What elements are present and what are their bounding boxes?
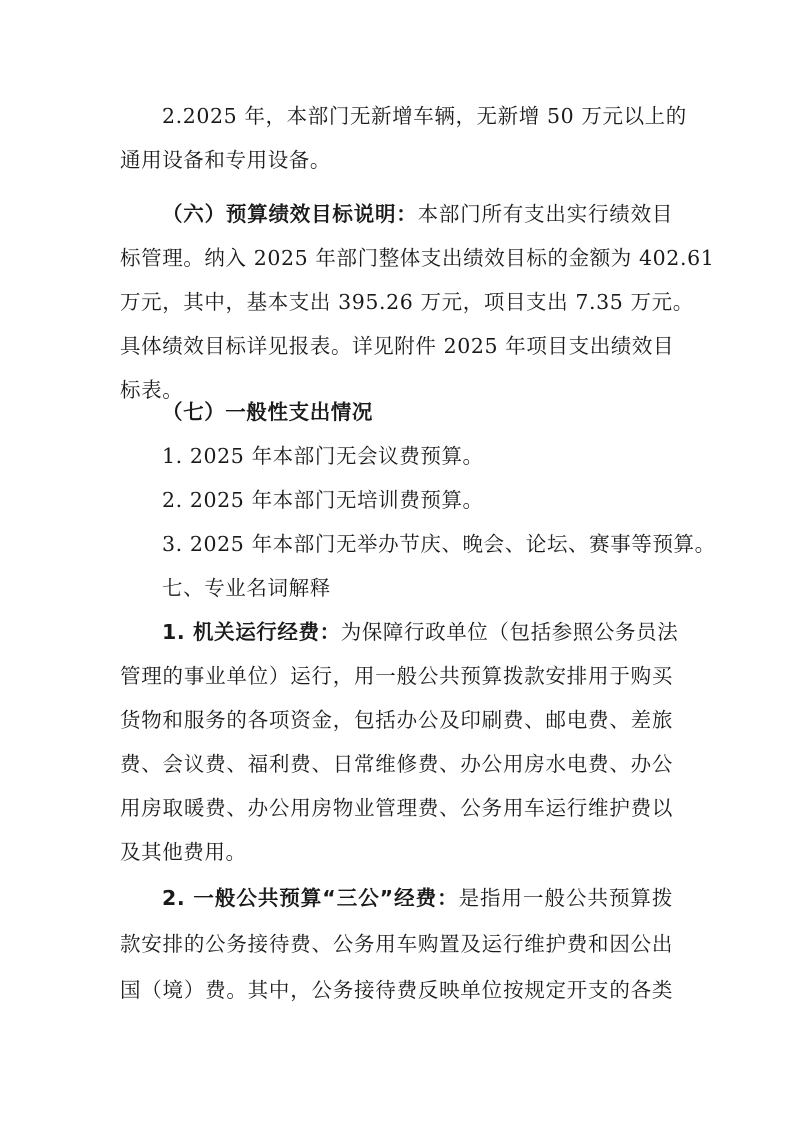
glossary-term-1-label: 1. 机关运行经费：: [162, 620, 341, 644]
glossary-term-2-line-1: 2. 一般公共预算“三公”经费：是指用一般公共预算拨: [162, 886, 673, 910]
glossary-term-1-line-2: 管理的事业单位）运行，用一般公共预算拨款安排用于购买: [120, 664, 673, 688]
section-7-item-3: 3. 2025 年本部门无举办节庆、晚会、论坛、赛事等预算。: [162, 532, 673, 556]
section-6-line-3: 万元，其中，基本支出 395.26 万元，项目支出 7.35 万元。: [120, 290, 673, 314]
glossary-term-2-line-3: 国（境）费。其中，公务接待费反映单位按规定开支的各类: [120, 978, 673, 1002]
section-6-line-5: 标表。: [120, 378, 673, 402]
glossary-term-1-text: 为保障行政单位（包括参照公务员法: [341, 620, 679, 644]
glossary-heading: 七、专业名词解释: [162, 576, 673, 600]
section-6-heading: （六）预算绩效目标说明：: [162, 202, 418, 226]
section-6-line-1-text: 本部门所有支出实行绩效目: [418, 202, 673, 226]
glossary-term-1-line-6: 及其他费用。: [120, 840, 673, 864]
glossary-term-2-text: 是指用一般公共预算拨: [459, 886, 673, 910]
glossary-term-1-line-3: 货物和服务的各项资金，包括办公及印刷费、邮电费、差旅: [120, 708, 673, 732]
section-7-item-2: 2. 2025 年本部门无培训费预算。: [162, 488, 673, 512]
glossary-term-1-line-5: 用房取暖费、办公用房物业管理费、公务用车运行维护费以: [120, 796, 673, 820]
paragraph-vehicles-line-2: 通用设备和专用设备。: [120, 148, 673, 172]
glossary-term-2-label: 2. 一般公共预算“三公”经费：: [162, 886, 459, 910]
paragraph-vehicles-line-1: 2.2025 年，本部门无新增车辆，无新增 50 万元以上的: [162, 104, 673, 128]
section-7-item-1: 1. 2025 年本部门无会议费预算。: [162, 444, 673, 468]
glossary-term-1-line-4: 费、会议费、福利费、日常维修费、办公用房水电费、办公: [120, 752, 673, 776]
glossary-term-1-line-1: 1. 机关运行经费：为保障行政单位（包括参照公务员法: [162, 620, 673, 644]
section-6-line-1: （六）预算绩效目标说明：本部门所有支出实行绩效目: [162, 202, 673, 226]
section-6-line-2: 标管理。纳入 2025 年部门整体支出绩效目标的金额为 402.61: [120, 246, 673, 270]
section-7-heading: （七）一般性支出情况: [162, 400, 673, 424]
glossary-term-2-line-2: 款安排的公务接待费、公务用车购置及运行维护费和因公出: [120, 932, 673, 956]
section-6-line-4: 具体绩效目标详见报表。详见附件 2025 年项目支出绩效目: [120, 334, 673, 358]
